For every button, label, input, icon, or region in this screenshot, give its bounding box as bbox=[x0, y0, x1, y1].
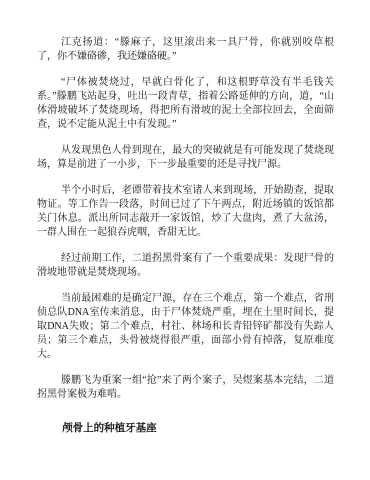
paragraph: “尸体被焚烧过，早就白骨化了，和这根野草没有半毛钱关系。”滕鹏飞站起身，吐出一段… bbox=[37, 76, 334, 132]
paragraph: 当前最困难的是确定尸源，存在三个难点，第一个难点，省刑侦总队DNA室传来消息，由… bbox=[37, 292, 334, 362]
paragraph: 半个小时后，老谭带着技术室诸人来到现场，开始勘查，提取物证。等工作告一段落，时间… bbox=[37, 184, 334, 240]
paragraph: 从发现黑色人骨到现在，最大的突破就是有可能发现了焚烧现场，算是前进了一小步，下一… bbox=[37, 144, 334, 172]
paragraph: 滕鹏飞为重案一组“抢”来了两个案子，吴煜案基本完结，二道拐黑骨案极为难啃。 bbox=[37, 374, 334, 402]
paragraph: 江克扬道：“滕麻子，这里滚出来一具尸骨，你就别咬草根了，你不嫌硌碜，我还嫌硌硬。… bbox=[37, 36, 334, 64]
section-heading: 颅骨上的种植牙基座 bbox=[37, 422, 334, 436]
paragraph: 经过前期工作，二道拐黑骨案有了一个重要成果：发现尸骨的滑坡地带就是焚烧现场。 bbox=[37, 252, 334, 280]
ebook-page: 江克扬道：“滕麻子，这里滚出来一具尸骨，你就别咬草根了，你不嫌硌碜，我还嫌硌硬。… bbox=[0, 0, 370, 480]
